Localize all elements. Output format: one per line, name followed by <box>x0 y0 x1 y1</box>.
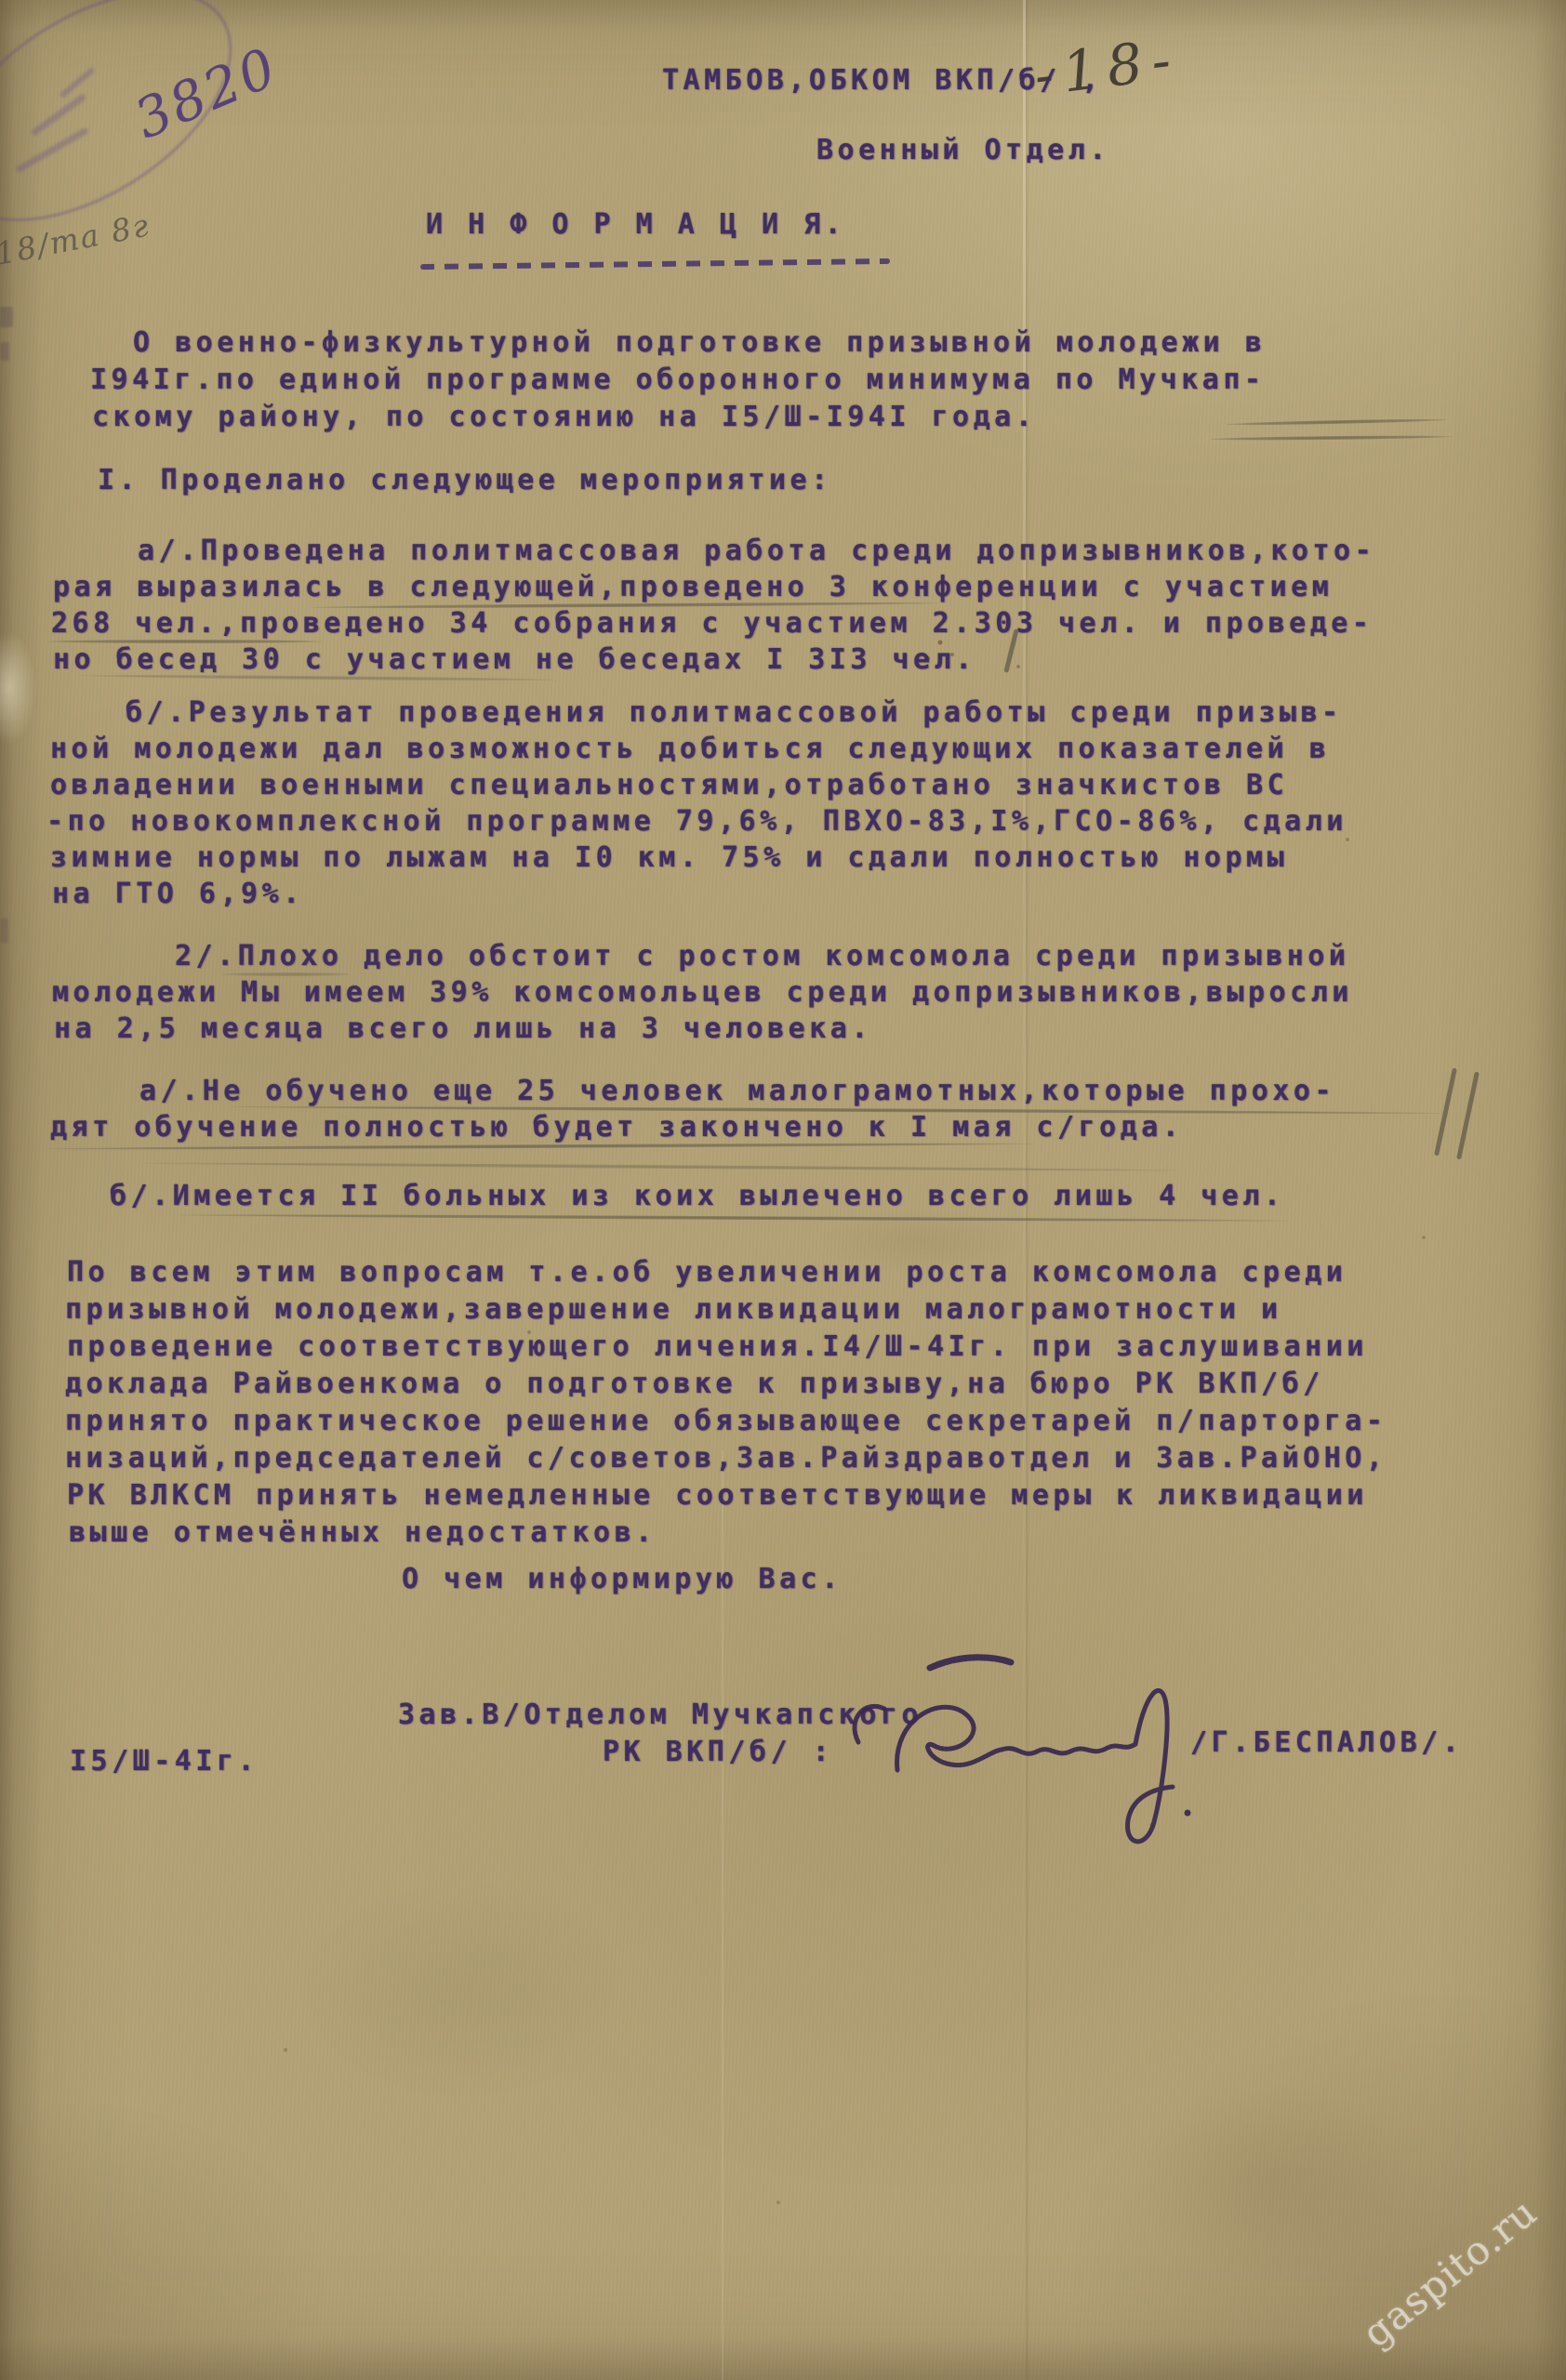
edge-ink-fragment <box>0 307 13 327</box>
paper-speckles <box>0 0 2 2</box>
para-a1-line: 268 чел.,проведено 34 собрания с участие… <box>51 608 1373 640</box>
signature-title-line2: РК ВКП/б/ : <box>603 1737 833 1768</box>
para-b1-line: овладении военными специальностями,отраб… <box>50 770 1288 801</box>
para-b1-line: б/.Результат проведения политмассовой ра… <box>126 697 1343 729</box>
para-final-line: По всем этим вопросам т.е.об увеличении … <box>67 1257 1347 1289</box>
document-date: I5/Ш-4Iг. <box>70 1746 259 1778</box>
para-b1-line: зимние нормы по лыжам на I0 км. 75% и сд… <box>50 842 1288 874</box>
pencil-underline <box>221 972 352 976</box>
scanned-document-page: 3820 -18- 18/та 8г ТАМБОВ,ОБКОМ ВКП/б/ ,… <box>0 0 1566 2380</box>
item1-heading: I. Проделано следующее мероприятие: <box>98 465 832 496</box>
para-final-line: РК ВЛКСМ принять немедленные соответству… <box>67 1480 1368 1512</box>
margin-pencil-mark <box>1456 1072 1480 1160</box>
edge-ink-fragment <box>0 342 9 361</box>
subject-line: О военно-физкультурной подготовке призыв… <box>133 327 1266 359</box>
para-b1-line: ной молодежи дал возможность добиться сл… <box>50 734 1330 765</box>
para-final-line: низаций,председателей с/советов,Зав.Райз… <box>65 1443 1387 1474</box>
edge-ink-fragment <box>0 919 8 943</box>
para-a1-line: а/.Проведена политмассовая работа среди … <box>138 535 1375 567</box>
edge-abrasion <box>0 632 35 744</box>
paper-stain <box>298 1878 632 2101</box>
para-b1-line: на ГТО 6,9%. <box>52 879 304 910</box>
paper-stain <box>1135 2082 1413 2278</box>
para-2-line: на 2,5 месяца всего лишь на 3 человека. <box>54 1013 872 1045</box>
header-org-line: ТАМБОВ,ОБКОМ ВКП/б/ , <box>662 65 1103 97</box>
para-b2-line: б/.Имеется II больных из коих вылечено в… <box>110 1181 1284 1212</box>
title-underline <box>420 258 890 270</box>
para-final-line: призывной молодежи,завершение ликвидации… <box>65 1294 1282 1326</box>
para-final-line: принято практическое решение обязывающее… <box>65 1406 1387 1437</box>
doc-type-title: И Н Ф О Р М А Ц И Я. <box>426 209 845 241</box>
para-a1-line: но бесед 30 с участием не беседах I 3I3 … <box>53 644 976 676</box>
para-2-line: молодежи Мы имеем 39% комсомольцев среди… <box>52 977 1353 1009</box>
header-dept-line: Военный Отдел. <box>816 135 1110 166</box>
para-a2-line: а/.Не обучено еще 25 человек малограмотн… <box>139 1076 1335 1107</box>
pencil-underline <box>1226 418 1447 427</box>
pencil-underline <box>1209 435 1453 442</box>
para-final-line: проведение соответствующего личения.I4/Ш… <box>67 1331 1368 1363</box>
para-a1-line: рая выразилась в следующей,проведено 3 к… <box>53 572 1333 603</box>
para-b1-line: -по новокомплексной программе 79,6%, ПВХ… <box>46 806 1347 838</box>
para-a2-line: дят обучение полностью будет закончено к… <box>50 1112 1183 1144</box>
signature-ink <box>842 1629 1279 1861</box>
para-final-line: доклада Райвоенкома о подготовке к призы… <box>65 1368 1324 1400</box>
para-final-line: выше отмечённых недостатков. <box>69 1517 657 1549</box>
pencil-underline <box>177 1213 1288 1223</box>
margin-pencil-mark <box>1434 1068 1457 1157</box>
pencil-underline <box>46 640 324 643</box>
subject-line: скому району, по состоянию на I5/Ш-I94I … <box>92 402 1036 433</box>
para-2-line: 2/.Плохо дело обстоит с ростом комсомола… <box>175 941 1349 972</box>
closing-line: О чем информирую Вас. <box>402 1564 843 1595</box>
subject-line: I94Iг.по единой программе оборонного мин… <box>90 364 1265 396</box>
